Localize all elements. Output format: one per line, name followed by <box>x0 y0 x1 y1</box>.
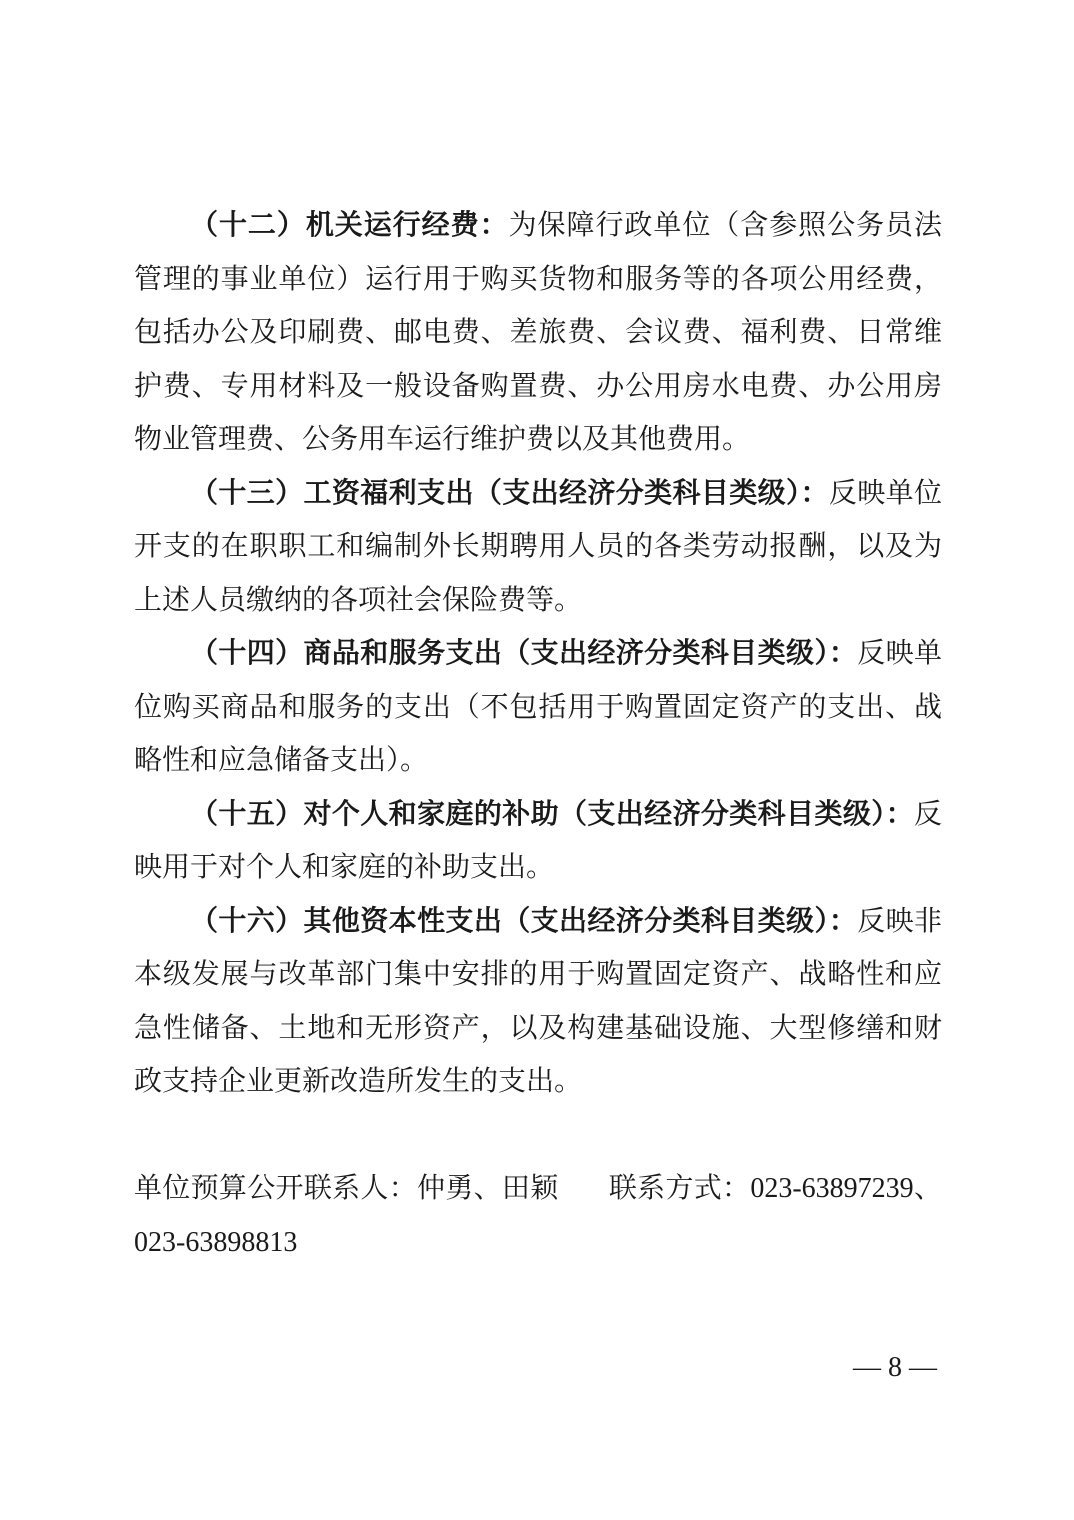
paragraph-12: （十二）机关运行经费：为保障行政单位（含参照公务员法管理的事业单位）运行用于购买… <box>134 199 942 467</box>
paragraph-12-body: 为保障行政单位（含参照公务员法管理的事业单位）运行用于购买货物和服务等的各项公用… <box>134 210 942 455</box>
contact-line: 单位预算公开联系人：仲勇、田颖联系方式：023-63897239、023-638… <box>134 1162 942 1269</box>
paragraph-16: （十六）其他资本性支出（支出经济分类科目类级）：反映非本级发展与改革部门集中安排… <box>134 895 942 1109</box>
paragraph-12-heading: （十二）机关运行经费： <box>190 210 509 241</box>
paragraph-14-heading: （十四）商品和服务支出（支出经济分类科目类级）： <box>190 638 857 669</box>
paragraph-13: （十三）工资福利支出（支出经济分类科目类级）：反映单位开支的在职职工和编制外长期… <box>134 467 942 628</box>
document-content: （十二）机关运行经费：为保障行政单位（含参照公务员法管理的事业单位）运行用于购买… <box>134 199 942 1269</box>
document-page: （十二）机关运行经费：为保障行政单位（含参照公务员法管理的事业单位）运行用于购买… <box>0 0 1074 1520</box>
paragraph-16-heading: （十六）其他资本性支出（支出经济分类科目类级）： <box>190 906 857 937</box>
page-number: — 8 — <box>853 1348 937 1388</box>
contact-gap <box>559 1196 609 1197</box>
paragraph-13-heading: （十三）工资福利支出（支出经济分类科目类级）： <box>190 478 829 509</box>
contact-person: 单位预算公开联系人：仲勇、田颖 <box>134 1173 559 1204</box>
paragraph-14: （十四）商品和服务支出（支出经济分类科目类级）：反映单位购买商品和服务的支出（不… <box>134 627 942 788</box>
paragraph-15-heading: （十五）对个人和家庭的补助（支出经济分类科目类级）： <box>190 799 914 830</box>
paragraph-15: （十五）对个人和家庭的补助（支出经济分类科目类级）：反映用于对个人和家庭的补助支… <box>134 788 942 895</box>
